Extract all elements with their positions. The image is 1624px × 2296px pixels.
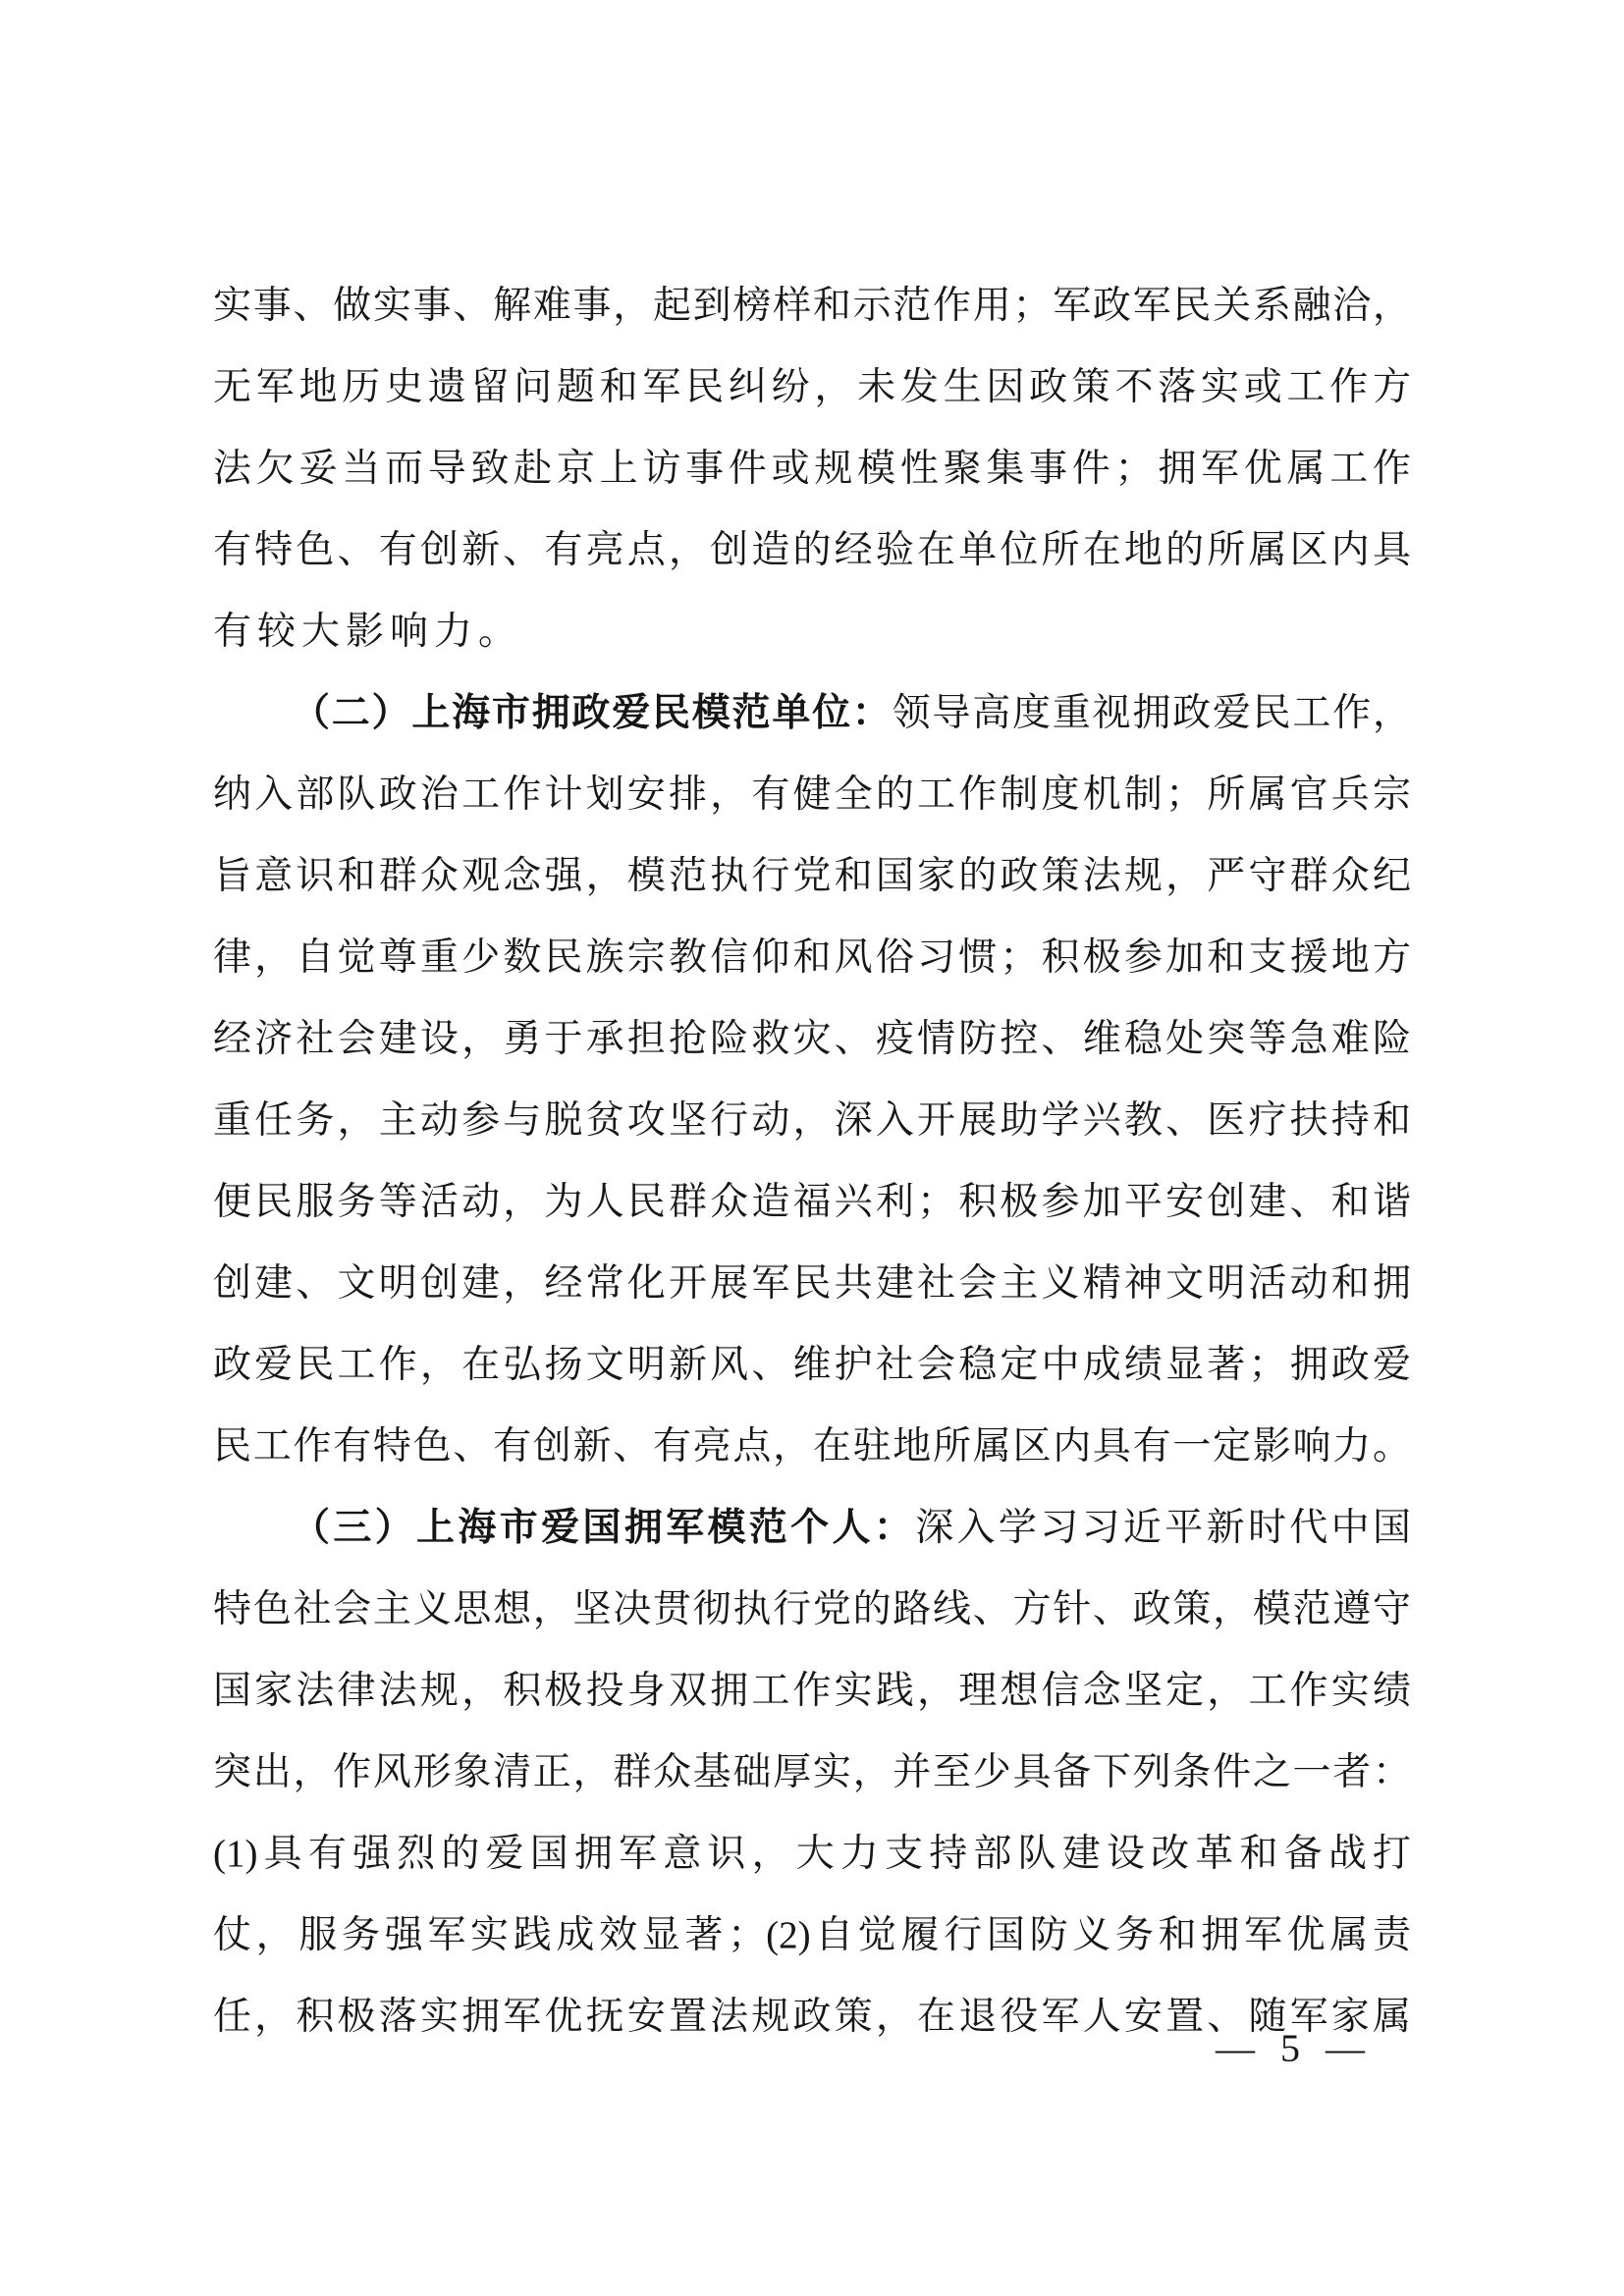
text-line: 实事、做实事、解难事，起到榜样和示范作用；军政军民关系融洽， — [213, 265, 1411, 347]
line-text: 领导高度重视拥政爱民工作， — [893, 692, 1411, 734]
text-line: 有特色、有创新、有亮点，创造的经验在单位所在地的所属区内具 — [213, 509, 1411, 591]
text-line: 重任务，主动参与脱贫攻坚行动，深入开展助学兴教、医疗扶持和 — [213, 1080, 1411, 1161]
line-text: 深入学习习近平新时代中国 — [915, 1507, 1411, 1549]
line-text: 实事、做实事、解难事，起到榜样和示范作用；军政军民关系融洽， — [213, 285, 1411, 327]
text-line: 便民服务等活动，为人民群众造福兴利；积极参加平安创建、和谐 — [213, 1161, 1411, 1243]
page-number: — 5 — — [1216, 2026, 1367, 2071]
text-line: （二）上海市拥政爱民模范单位：领导高度重视拥政爱民工作， — [213, 672, 1411, 754]
line-text: 政爱民工作，在弘扬文明新风、维护社会稳定中成绩显著；拥政爱 — [213, 1344, 1411, 1386]
line-text: 突出，作风形象清正，群众基础厚实，并至少具备下列条件之一者： — [213, 1751, 1411, 1793]
line-text: 无军地历史遗留问题和军民纠纷，未发生因政策不落实或工作方 — [213, 366, 1411, 408]
text-line: （三）上海市爱国拥军模范个人：深入学习习近平新时代中国 — [213, 1487, 1411, 1569]
text-line: 法欠妥当而导致赴京上访事件或规模性聚集事件；拥军优属工作 — [213, 428, 1411, 509]
line-text: 特色社会主义思想，坚决贯彻执行党的路线、方针、政策，模范遵守 — [213, 1588, 1411, 1630]
text-line: 律，自觉尊重少数民族宗教信仰和风俗习惯；积极参加和支援地方 — [213, 917, 1411, 998]
text-line: 纳入部队政治工作计划安排，有健全的工作制度机制；所属官兵宗 — [213, 754, 1411, 835]
line-text: 旨意识和群众观念强，模范执行党和国家的政策法规，严守群众纪 — [213, 855, 1411, 897]
text-line: (1)具有强烈的爱国拥军意识，大力支持部队建设改革和备战打 — [213, 1813, 1411, 1895]
line-text: 便民服务等活动，为人民群众造福兴利；积极参加平安创建、和谐 — [213, 1181, 1411, 1223]
line-text: 创建、文明创建，经常化开展军民共建社会主义精神文明活动和拥 — [213, 1262, 1411, 1305]
line-text: 民工作有特色、有创新、有亮点，在驻地所属区内具有一定影响力。 — [213, 1425, 1411, 1468]
text-line: 特色社会主义思想，坚决贯彻执行党的路线、方针、政策，模范遵守 — [213, 1569, 1411, 1650]
section-heading: （二）上海市拥政爱民模范单位： — [292, 692, 893, 734]
line-text: (1)具有强烈的爱国拥军意识，大力支持部队建设改革和备战打 — [213, 1833, 1411, 1875]
text-line: 仗，服务强军实践成效显著；(2)自觉履行国防义务和拥军优属责 — [213, 1895, 1411, 1976]
line-text: 有特色、有创新、有亮点，创造的经验在单位所在地的所属区内具 — [213, 529, 1411, 571]
text-line: 政爱民工作，在弘扬文明新风、维护社会稳定中成绩显著；拥政爱 — [213, 1324, 1411, 1406]
line-text: 纳入部队政治工作计划安排，有健全的工作制度机制；所属官兵宗 — [213, 774, 1411, 816]
text-line: 民工作有特色、有创新、有亮点，在驻地所属区内具有一定影响力。 — [213, 1406, 1411, 1487]
line-text: 重任务，主动参与脱贫攻坚行动，深入开展助学兴教、医疗扶持和 — [213, 1099, 1411, 1142]
text-line: 创建、文明创建，经常化开展军民共建社会主义精神文明活动和拥 — [213, 1243, 1411, 1324]
text-line: 突出，作风形象清正，群众基础厚实，并至少具备下列条件之一者： — [213, 1732, 1411, 1813]
line-text: 仗，服务强军实践成效显著；(2)自觉履行国防义务和拥军优属责 — [213, 1914, 1411, 1956]
text-line: 经济社会建设，勇于承担抢险救灾、疫情防控、维稳处突等急难险 — [213, 998, 1411, 1080]
document-page: 实事、做实事、解难事，起到榜样和示范作用；军政军民关系融洽， 无军地历史遗留问题… — [0, 0, 1624, 2296]
line-text: 法欠妥当而导致赴京上访事件或规模性聚集事件；拥军优属工作 — [213, 448, 1411, 490]
line-text: 国家法律法规，积极投身双拥工作实践，理想信念坚定，工作实绩 — [213, 1670, 1411, 1712]
text-line: 国家法律法规，积极投身双拥工作实践，理想信念坚定，工作实绩 — [213, 1650, 1411, 1732]
document-body: 实事、做实事、解难事，起到榜样和示范作用；军政军民关系融洽， 无军地历史遗留问题… — [213, 265, 1411, 2057]
section-heading: （三）上海市爱国拥军模范个人： — [292, 1507, 915, 1549]
text-line: 有较大影响力。 — [213, 591, 1411, 672]
line-text: 有较大影响力。 — [213, 611, 522, 653]
line-text: 律，自觉尊重少数民族宗教信仰和风俗习惯；积极参加和支援地方 — [213, 936, 1411, 979]
line-text: 经济社会建设，勇于承担抢险救灾、疫情防控、维稳处突等急难险 — [213, 1018, 1411, 1060]
text-line: 无军地历史遗留问题和军民纠纷，未发生因政策不落实或工作方 — [213, 347, 1411, 428]
text-line: 旨意识和群众观念强，模范执行党和国家的政策法规，严守群众纪 — [213, 835, 1411, 917]
